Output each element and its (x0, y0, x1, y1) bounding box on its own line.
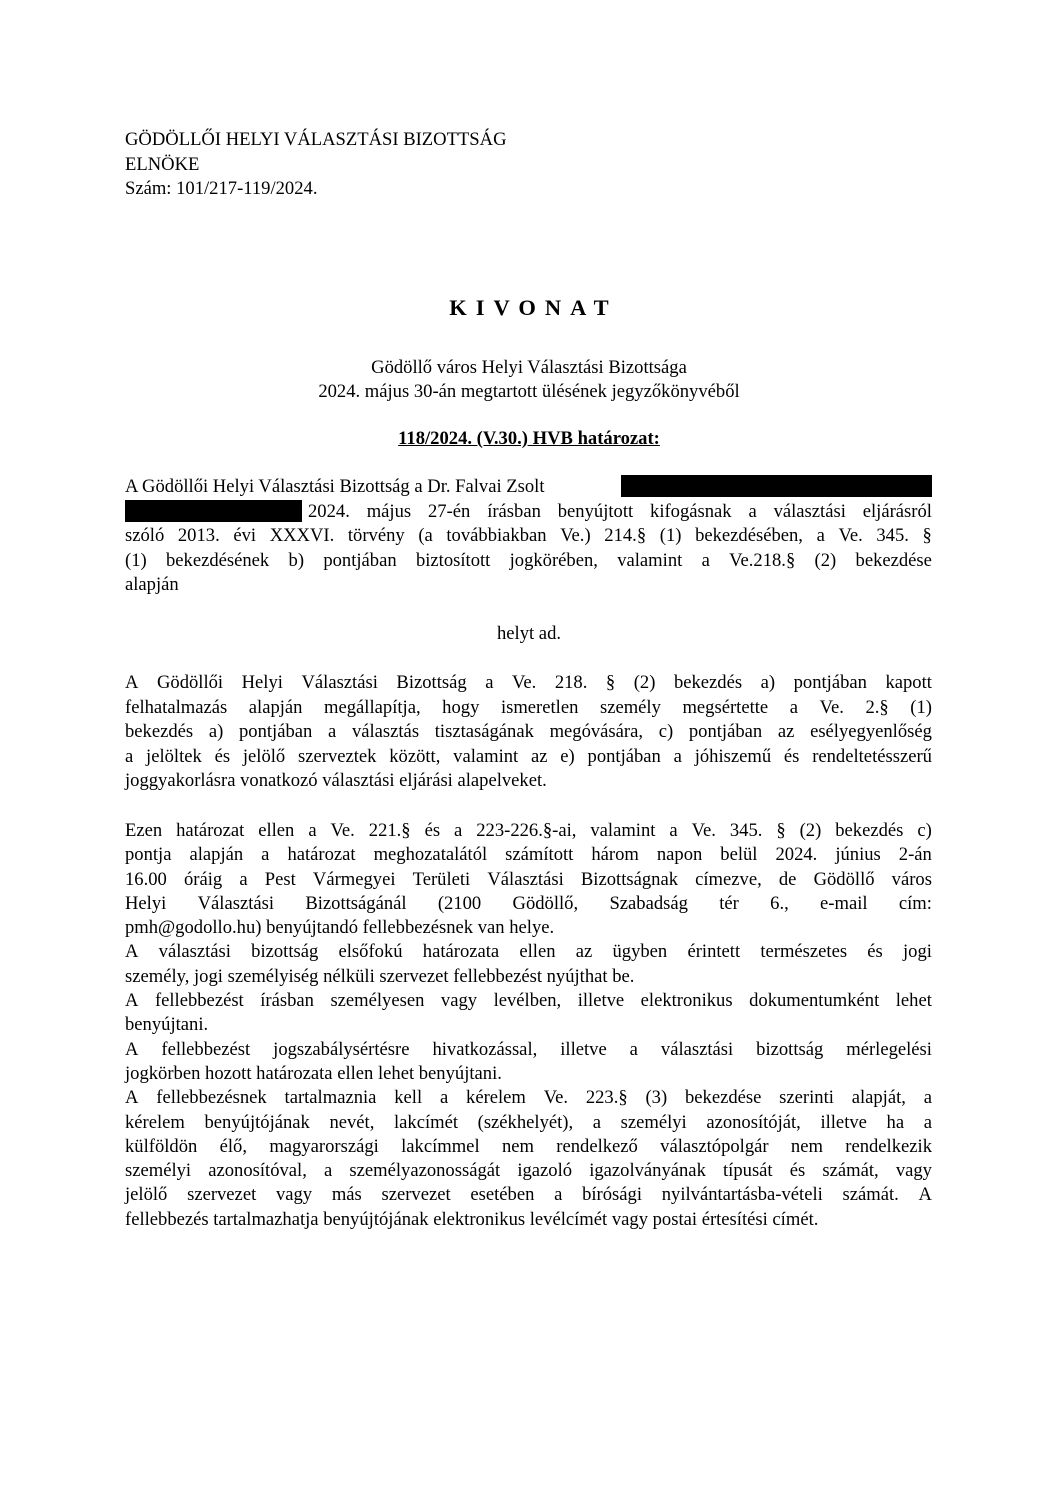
issuer-name: GÖDÖLLŐI HELYI VÁLASZTÁSI BIZOTTSÁG (125, 128, 507, 153)
paragraph-line: Afellebbezéstjogszabálysértésrehivatkozá… (125, 1038, 932, 1062)
paragraph-line: bekezdésa)pontjábanaválasztástisztaságán… (125, 720, 932, 745)
paragraph-line: A Gödöllői Helyi Választási Bizottság a … (125, 475, 932, 500)
document-header: GÖDÖLLŐI HELYI VÁLASZTÁSI BIZOTTSÁG ELNÖ… (125, 128, 507, 202)
paragraph-line: Aválasztásibizottságelsőfokúhatározatael… (125, 940, 932, 964)
paragraph-decision-basis: A Gödöllői Helyi Választási Bizottság a … (125, 475, 932, 598)
issuer-role: ELNÖKE (125, 153, 507, 178)
paragraph-line: Afellebbezéstírásbanszemélyesenvagylevél… (125, 989, 932, 1013)
paragraph-line: jelölőszervezetvagymásszervezetesetébena… (125, 1183, 932, 1207)
paragraph-appeal-information: EzenhatározatellenaVe.221.§ésa223-226.§-… (125, 819, 932, 1232)
paragraph-findings: AGödöllőiHelyiVálasztásiBizottságaVe.218… (125, 671, 932, 794)
paragraph-line: EzenhatározatellenaVe.221.§ésa223-226.§-… (125, 819, 932, 843)
paragraph-line: személy, jogi személyiség nélküli szerve… (125, 965, 932, 989)
paragraph-line: fellebbezés tartalmazhatja benyújtójának… (125, 1208, 932, 1232)
paragraph-line: HelyiVálasztásiBizottságánál(2100Gödöllő… (125, 892, 932, 916)
document-title: KIVONAT (0, 296, 1058, 320)
decision-number: 118/2024. (V.30.) HVB határozat: (0, 427, 1058, 451)
reference-number: Szám: 101/217-119/2024. (125, 177, 507, 202)
paragraph-line: külföldönélő,magyarországilakcímmelnemre… (125, 1135, 932, 1159)
paragraph-line: jogkörben hozott határozata ellen lehet … (125, 1062, 932, 1086)
paragraph-line: benyújtani. (125, 1013, 932, 1037)
paragraph-line: 16.00óráigaPestVármegyeiTerületiVálasztá… (125, 868, 932, 892)
paragraph-line: alapján (125, 573, 932, 598)
verdict: helyt ad. (0, 622, 1058, 646)
paragraph-line: AfellebbezésnektartalmazniakellakérelemV… (125, 1086, 932, 1110)
redaction-box (125, 500, 302, 522)
paragraph-line: személyiazonosítóval,aszemélyazonosságát… (125, 1159, 932, 1183)
paragraph-line-text: A Gödöllői Helyi Választási Bizottság a … (125, 475, 545, 500)
paragraph-line: (1)bekezdésénekb)pontjábanbiztosítottjog… (125, 549, 932, 574)
document-page: GÖDÖLLŐI HELYI VÁLASZTÁSI BIZOTTSÁG ELNÖ… (0, 0, 1058, 1497)
subtitle-line-2: 2024. május 30-án megtartott ülésének je… (0, 380, 1058, 404)
paragraph-line: kérelembenyújtójánaknevét,lakcímét(székh… (125, 1111, 932, 1135)
paragraph-line: joggyakorlásra vonatkozó választási eljá… (125, 769, 932, 794)
paragraph-line: ajelöltekésjelölőszerveztekközött,valami… (125, 745, 932, 770)
paragraph-line: pontjaalapjánahatározatmeghozatalátólszá… (125, 843, 932, 867)
paragraph-line: AGödöllőiHelyiVálasztásiBizottságaVe.218… (125, 671, 932, 696)
paragraph-line: pmh@godollo.hu) benyújtandó fellebbezésn… (125, 916, 932, 940)
redaction-box (621, 475, 932, 497)
paragraph-line: felhatalmazásalapjánmegállapítja,hogyism… (125, 696, 932, 721)
subtitle-line-1: Gödöllő város Helyi Választási Bizottság… (0, 356, 1058, 380)
paragraph-line: 2024.május27-énírásbanbenyújtottkifogásn… (125, 500, 932, 525)
paragraph-line-text: 2024.május27-énírásbanbenyújtottkifogásn… (308, 500, 932, 525)
document-subtitle: Gödöllő város Helyi Választási Bizottság… (0, 356, 1058, 404)
paragraph-line: szóló2013.éviXXXVI.törvény(atovábbiakban… (125, 524, 932, 549)
